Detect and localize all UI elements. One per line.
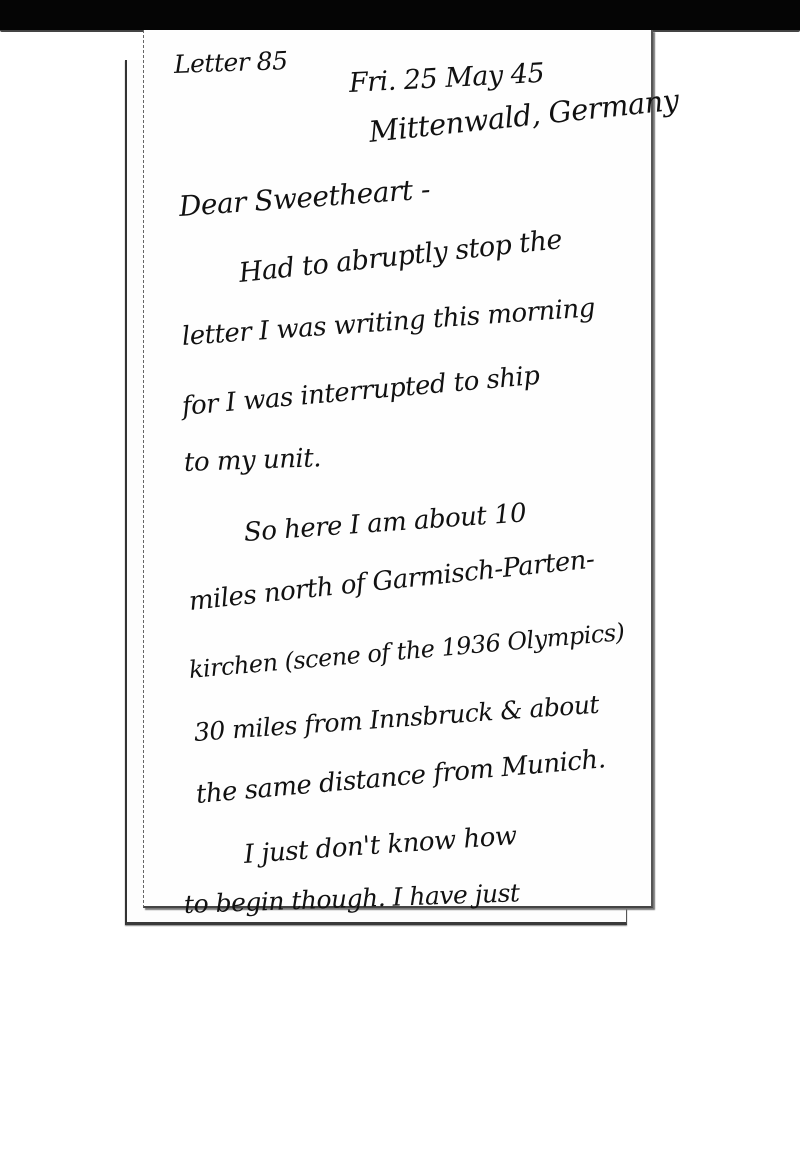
body-line: I just don't know how — [243, 821, 518, 870]
letter-number: Letter 85 — [173, 46, 287, 79]
scan-top-bar — [0, 0, 800, 32]
salutation: Dear Sweetheart - — [178, 173, 431, 223]
body-line: to my unit. — [183, 443, 321, 478]
body-line: the same distance from Munich. — [195, 744, 607, 810]
letter-page: Letter 85 Fri. 25 May 45 Mittenwald, Ger… — [143, 30, 653, 908]
letter-date: Fri. 25 May 45 — [348, 58, 545, 99]
body-line: 30 miles from Innsbruck & about — [193, 690, 600, 747]
body-line: Had to abruptly stop the — [237, 224, 563, 289]
body-line: kirchen (scene of the 1936 Olympics) — [188, 618, 626, 684]
body-line: So here I am about 10 — [243, 498, 527, 548]
body-line: letter I was writing this morning — [181, 293, 596, 352]
body-line: miles north of Garmisch-Parten- — [187, 545, 595, 617]
body-line: for I was interrupted to ship — [181, 361, 541, 422]
